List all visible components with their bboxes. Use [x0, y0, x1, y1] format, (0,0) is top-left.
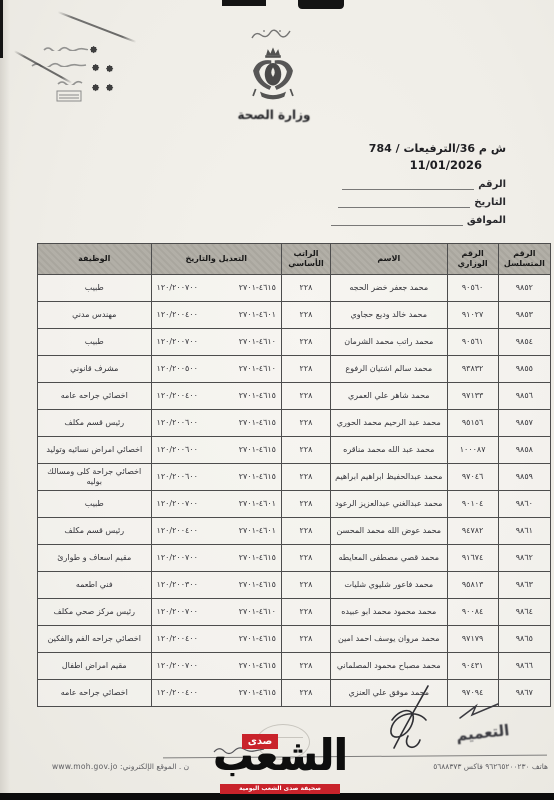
budget-code: ١٢٠/٢٠٠٦٠٠: [157, 445, 198, 455]
scan-artifact: [222, 0, 266, 6]
cell-serial: ٩٨٦١: [498, 518, 550, 545]
column-header-job: الوظيفة: [38, 244, 152, 275]
cell-serial: ٩٨٥٤: [498, 329, 550, 356]
cell-job: رئيس قسم مكلف: [38, 518, 152, 545]
cell-ministry-no: ٩٧١٧٩: [447, 626, 498, 653]
cell-name: محمد مصباح محمود المصلماني: [331, 653, 448, 680]
cell-name: محمد مروان يوسف احمد امين: [331, 626, 448, 653]
reference-number: ش م 36/الترفيعات / 784: [286, 142, 506, 155]
cell-salary: ٢٢٨: [281, 626, 330, 653]
cell-job: طبيب: [38, 275, 152, 302]
star-icon: [104, 82, 115, 93]
table-header: الرقم المتسلسل الرقم الوزاري الاسم الرات…: [38, 244, 551, 275]
cell-salary: ٢٢٨: [281, 572, 330, 599]
stamp-registry-box: [56, 90, 82, 102]
cell-salary: ٢٢٨: [281, 329, 330, 356]
field-label: الموافق: [467, 215, 506, 226]
table-row: ٩٨٥٤٩٠٥٦١محمد راتب محمد الشرمان٢٢٨١٢٠/٢٠…: [38, 329, 551, 356]
cell-codes: ١٢٠/٢٠٠٦٠٠٤٦١٥-٢٧٠١: [151, 410, 281, 437]
signature-scribble: [368, 682, 460, 754]
table-row: ٩٨٥٨١٠٠٠٨٧محمد عبد الله محمد مناقره٢٢٨١٢…: [38, 437, 551, 464]
cell-salary: ٢٢٨: [281, 599, 330, 626]
cell-salary: ٢٢٨: [281, 545, 330, 572]
budget-code: ١٢٠/٢٠٠٤٠٠: [157, 391, 198, 401]
cell-serial: ٩٨٦٣: [498, 572, 550, 599]
cell-job: مهندس مدني: [38, 302, 152, 329]
newspaper-watermark: الشعب صدى صحيفة صدى الشعب اليومية: [198, 726, 362, 798]
budget-code: ١٢٠/٢٠٠٤٠٠: [157, 310, 198, 320]
cell-job: طبيب: [38, 491, 152, 518]
cell-job: رئيس مركز صحي مكلف: [38, 599, 152, 626]
cell-name: محمد عبدالحفيظ ابراهيم ابراهيم: [331, 464, 448, 491]
column-header-codes: التعديل والتاريخ: [151, 244, 281, 275]
classification-code: ٤٦١٥-٢٧٠١: [239, 418, 276, 428]
cell-job: طبيب: [38, 329, 152, 356]
budget-code: ١٢٠/٢٠٠٧٠٠: [157, 283, 198, 293]
classification-code: ٤٦١٥-٢٧٠١: [239, 634, 276, 644]
cell-codes: ١٢٠/٢٠٠٤٠٠٤٦١٥-٢٧٠١: [151, 626, 281, 653]
budget-code: ١٢٠/٢٠٠٧٠٠: [157, 337, 198, 347]
cell-job: اخصائي جراحه عامه: [38, 680, 152, 707]
blank-line: [342, 180, 474, 190]
classification-code: ٤٦١٥-٢٧٠١: [239, 580, 276, 590]
cell-serial: ٩٨٦٦: [498, 653, 550, 680]
cell-ministry-no: ٩٠٥٦٠: [447, 275, 498, 302]
cell-serial: ٩٨٥٩: [498, 464, 550, 491]
classification-code: ٤٦٠١-٢٧٠١: [239, 526, 276, 536]
footer-website: ن . الموقع الإلكتروني: www.moh.gov.jo: [52, 762, 189, 771]
cell-codes: ١٢٠/٢٠٠٧٠٠٤٦١٠-٢٧٠١: [151, 329, 281, 356]
reference-block: ش م 36/الترفيعات / 784 11/01/2026 الرقم …: [286, 142, 506, 226]
classification-code: ٤٦١٥-٢٧٠١: [239, 391, 276, 401]
cell-salary: ٢٢٨: [281, 653, 330, 680]
table-row: ٩٨٦٤٩٠٠٨٤محمد محمود محمد ابو عبيده٢٢٨١٢٠…: [38, 599, 551, 626]
table-row: ٩٨٦١٩٤٧٨٢محمد عوض الله محمد المحسن٢٢٨١٢٠…: [38, 518, 551, 545]
budget-code: ١٢٠/٢٠٠٧٠٠: [157, 607, 198, 617]
table-row: ٩٨٥٢٩٠٥٦٠محمد جعفر خضر الحجه٢٢٨١٢٠/٢٠٠٧٠…: [38, 275, 551, 302]
cell-serial: ٩٨٥٥: [498, 356, 550, 383]
field-number: الرقم: [286, 179, 506, 190]
cell-codes: ١٢٠/٢٠٠٧٠٠٤٦١٥-٢٧٠١: [151, 653, 281, 680]
scan-artifact: [0, 0, 3, 58]
table-row: ٩٨٥٣٩١٠٢٧محمد خالد وديع حجاوي٢٢٨١٢٠/٢٠٠٤…: [38, 302, 551, 329]
budget-code: ١٢٠/٢٠٠٧٠٠: [157, 661, 198, 671]
cell-job: مشرف قانوني: [38, 356, 152, 383]
stamp-text-illegible: [42, 44, 88, 51]
cell-name: محمد قصي مصطفى المعايطه: [331, 545, 448, 572]
cell-codes: ١٢٠/٢٠٠٦٠٠٤٦١٥-٢٧٠١: [151, 437, 281, 464]
scan-edge-shadow: [0, 0, 10, 800]
cell-name: محمد سالم اشتيان الرفوع: [331, 356, 448, 383]
bismillah-calligraphy: [250, 27, 292, 43]
budget-code: ١٢٠/٢٠٠٤٠٠: [157, 634, 198, 644]
cell-job: رئيس قسم مكلف: [38, 410, 152, 437]
cell-serial: ٩٨٦٤: [498, 599, 550, 626]
classification-code: ٤٦١٥-٢٧٠١: [239, 661, 276, 671]
table-row: ٩٨٥٧٩٥١٥٦محمد عبد الرحيم محمد الحوري٢٢٨١…: [38, 410, 551, 437]
cell-name: محمد عوض الله محمد المحسن: [331, 518, 448, 545]
cell-serial: ٩٨٥٧: [498, 410, 550, 437]
star-icon: [90, 62, 101, 73]
cell-job: اخصائي جراحه عامه: [38, 383, 152, 410]
table-row: ٩٨٥٩٩٧٠٤٦محمد عبدالحفيظ ابراهيم ابراهيم٢…: [38, 464, 551, 491]
cell-salary: ٢٢٨: [281, 437, 330, 464]
cell-ministry-no: ٩١٠٢٧: [447, 302, 498, 329]
cell-codes: ١٢٠/٢٠٠٧٠٠٤٦١٥-٢٧٠١: [151, 545, 281, 572]
cell-serial: ٩٨٥٨: [498, 437, 550, 464]
star-icon: [88, 44, 99, 55]
cell-codes: ١٢٠/٢٠٠٣٠٠٤٦١٥-٢٧٠١: [151, 572, 281, 599]
field-date: التاريخ: [286, 197, 506, 208]
cell-job: مقيم اسعاف و طوارئ: [38, 545, 152, 572]
cell-salary: ٢٢٨: [281, 491, 330, 518]
cell-codes: ١٢٠/٢٠٠٤٠٠٤٦٠١-٢٧٠١: [151, 518, 281, 545]
cell-salary: ٢٢٨: [281, 464, 330, 491]
cell-ministry-no: ٩٥٨١٣: [447, 572, 498, 599]
cell-name: محمد عبد الله محمد مناقره: [331, 437, 448, 464]
cell-salary: ٢٢٨: [281, 356, 330, 383]
classification-code: ٤٦١٥-٢٧٠١: [239, 283, 276, 293]
budget-code: ١٢٠/٢٠٠٦٠٠: [157, 472, 198, 482]
cell-job: اخصائي جراحة كلى ومسالك بوليه: [38, 464, 152, 491]
cell-salary: ٢٢٨: [281, 410, 330, 437]
table-row: ٩٨٦٥٩٧١٧٩محمد مروان يوسف احمد امين٢٢٨١٢٠…: [38, 626, 551, 653]
cell-name: محمد عبدالغني عبدالعزيز الرعود: [331, 491, 448, 518]
cell-name: محمد شاهر علي العمري: [331, 383, 448, 410]
cell-ministry-no: ٩٣٨٣٢: [447, 356, 498, 383]
table-row: ٩٨٦٦٩٠٤٣١محمد مصباح محمود المصلماني٢٢٨١٢…: [38, 653, 551, 680]
cell-job: مقيم امراض اطفال: [38, 653, 152, 680]
star-icon: [90, 82, 101, 93]
classification-code: ٤٦١٥-٢٧٠١: [239, 472, 276, 482]
table-row: ٩٨٦٠٩٠١٠٤محمد عبدالغني عبدالعزيز الرعود٢…: [38, 491, 551, 518]
newspaper-banner: صحيفة صدى الشعب اليومية: [220, 784, 340, 794]
field-label: التاريخ: [474, 197, 506, 208]
scan-artifact: [298, 0, 344, 9]
cell-name: محمد فاعور شليوي شليات: [331, 572, 448, 599]
cell-codes: ١٢٠/٢٠٠٤٠٠٤٦١٥-٢٧٠١: [151, 680, 281, 707]
footer-phone-fax: هاتف ٩٦٢٦٥٢٠٠٢٣٠ فاكس ٥٦٨٨٣٧٣: [433, 762, 548, 771]
jordan-coat-of-arms: [247, 44, 299, 108]
promotion-table-body: ٩٨٥٢٩٠٥٦٠محمد جعفر خضر الحجه٢٢٨١٢٠/٢٠٠٧٠…: [38, 275, 551, 707]
budget-code: ١٢٠/٢٠٠٤٠٠: [157, 526, 198, 536]
cell-codes: ١٢٠/٢٠٠٧٠٠٤٦١٠-٢٧٠١: [151, 599, 281, 626]
cell-ministry-no: ٩٠٥٦١: [447, 329, 498, 356]
classification-code: ٤٦١٥-٢٧٠١: [239, 445, 276, 455]
cell-serial: ٩٨٦٠: [498, 491, 550, 518]
field-corresponding: الموافق: [286, 215, 506, 226]
cell-codes: ١٢٠/٢٠٠٧٠٠٤٦١٥-٢٧٠١: [151, 275, 281, 302]
table-row: ٩٨٥٦٩٧١٣٣محمد شاهر علي العمري٢٢٨١٢٠/٢٠٠٤…: [38, 383, 551, 410]
cell-name: محمد جعفر خضر الحجه: [331, 275, 448, 302]
classification-code: ٤٦١٥-٢٧٠١: [239, 553, 276, 563]
budget-code: ١٢٠/٢٠٠٣٠٠: [157, 580, 198, 590]
cell-ministry-no: ٩٧١٣٣: [447, 383, 498, 410]
cell-serial: ٩٨٥٣: [498, 302, 550, 329]
cell-serial: ٩٨٥٢: [498, 275, 550, 302]
cell-salary: ٢٢٨: [281, 518, 330, 545]
cell-codes: ١٢٠/٢٠٠٧٠٠٤٦٠١-٢٧٠١: [151, 491, 281, 518]
cell-job: اخصائي امراض نسائيه وتوليد: [38, 437, 152, 464]
cell-salary: ٢٢٨: [281, 275, 330, 302]
classification-code: ٤٦١٠-٢٧٠١: [239, 337, 276, 347]
cell-name: محمد خالد وديع حجاوي: [331, 302, 448, 329]
scanned-document-page: وزارة الصحة ش م 36/الترفيعات / 784 11/01…: [0, 0, 554, 800]
cell-serial: ٩٨٥٦: [498, 383, 550, 410]
cell-name: محمد محمود محمد ابو عبيده: [331, 599, 448, 626]
newspaper-masthead: الشعب: [208, 730, 352, 782]
field-label: الرقم: [478, 179, 506, 190]
reference-date: 11/01/2026: [286, 158, 482, 172]
table-row: ٩٨٥٥٩٣٨٣٢محمد سالم اشتيان الرفوع٢٢٨١٢٠/٢…: [38, 356, 551, 383]
cell-ministry-no: ٩٥١٥٦: [447, 410, 498, 437]
cell-ministry-no: ٩٠٠٨٤: [447, 599, 498, 626]
cell-codes: ١٢٠/٢٠٠٤٠٠٤٦٠١-٢٧٠١: [151, 302, 281, 329]
blank-line: [331, 216, 463, 226]
budget-code: ١٢٠/٢٠٠٥٠٠: [157, 364, 198, 374]
cell-name: محمد راتب محمد الشرمان: [331, 329, 448, 356]
classification-code: ٤٦٠١-٢٧٠١: [239, 499, 276, 509]
cell-ministry-no: ٩١٦٧٤: [447, 545, 498, 572]
cell-ministry-no: ٩٤٧٨٢: [447, 518, 498, 545]
cell-ministry-no: ٩٠٤٣١: [447, 653, 498, 680]
handwritten-mark: [458, 700, 502, 722]
cell-serial: ٩٨٦٢: [498, 545, 550, 572]
blank-line: [338, 198, 470, 208]
budget-code: ١٢٠/٢٠٠٧٠٠: [157, 553, 198, 563]
cell-name: محمد عبد الرحيم محمد الحوري: [331, 410, 448, 437]
ministry-calligraphy: وزارة الصحة: [234, 108, 314, 129]
promotions-table: الرقم المتسلسل الرقم الوزاري الاسم الرات…: [37, 243, 551, 707]
classification-code: ٤٦١٥-٢٧٠١: [239, 688, 276, 698]
newspaper-badge: صدى: [242, 734, 278, 749]
classification-code: ٤٦١٠-٢٧٠١: [239, 607, 276, 617]
classification-code: ٤٦٠١-٢٧٠١: [239, 310, 276, 320]
cell-salary: ٢٢٨: [281, 302, 330, 329]
table-row: ٩٨٦٢٩١٦٧٤محمد قصي مصطفى المعايطه٢٢٨١٢٠/٢…: [38, 545, 551, 572]
star-icon: [104, 63, 115, 74]
cell-codes: ١٢٠/٢٠٠٦٠٠٤٦١٥-٢٧٠١: [151, 464, 281, 491]
budget-code: ١٢٠/٢٠٠٦٠٠: [157, 418, 198, 428]
cell-serial: ٩٨٦٥: [498, 626, 550, 653]
budget-code: ١٢٠/٢٠٠٤٠٠: [157, 688, 198, 698]
column-header-salary: الراتب الأساسي: [281, 244, 330, 275]
cell-ministry-no: ٩٧٠٤٦: [447, 464, 498, 491]
cell-ministry-no: ٩٠١٠٤: [447, 491, 498, 518]
cell-serial: ٩٨٦٧: [498, 680, 550, 707]
cell-salary: ٢٢٨: [281, 383, 330, 410]
cell-ministry-no: ١٠٠٠٨٧: [447, 437, 498, 464]
column-header-ministry-no: الرقم الوزاري: [447, 244, 498, 275]
cell-salary: ٢٢٨: [281, 680, 330, 707]
cell-codes: ١٢٠/٢٠٠٤٠٠٤٦١٥-٢٧٠١: [151, 383, 281, 410]
column-header-name: الاسم: [331, 244, 448, 275]
cell-job: فني اطعمه: [38, 572, 152, 599]
table-row: ٩٨٦٣٩٥٨١٣محمد فاعور شليوي شليات٢٢٨١٢٠/٢٠…: [38, 572, 551, 599]
column-header-serial: الرقم المتسلسل: [498, 244, 550, 275]
budget-code: ١٢٠/٢٠٠٧٠٠: [157, 499, 198, 509]
cell-codes: ١٢٠/٢٠٠٥٠٠٤٦١٠-٢٧٠١: [151, 356, 281, 383]
cell-job: اخصائي جراحه الفم والفكين: [38, 626, 152, 653]
classification-code: ٤٦١٠-٢٧٠١: [239, 364, 276, 374]
